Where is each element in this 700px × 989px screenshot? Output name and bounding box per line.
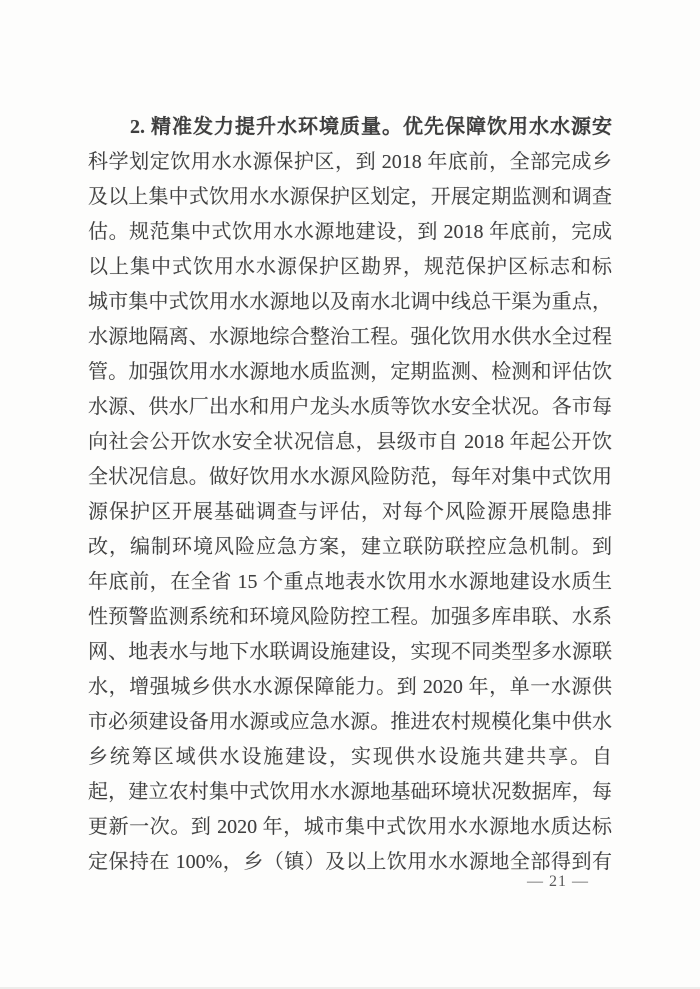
text-line: 改，编制环境风险应急方案，建立联防联控应急机制。到 2018 (88, 530, 612, 565)
text-line: 起，建立农村集中式饮用水水源地基础环境状况数据库，每两年 (88, 775, 612, 810)
text-line: 性预警监测系统和环境风险防控工程。加强多库串联、水系联 (88, 600, 612, 635)
text-line: 水源、供水厂出水和用户龙头水质等饮水安全状况。各市每季度 (88, 390, 612, 425)
paragraph-heading: 2. 精准发力提升水环境质量。优先保障饮用水水源安全。 (88, 110, 612, 145)
text-line: 估。规范集中式饮用水水源地建设，到 2018 年底前，完成县级 (88, 215, 612, 250)
text-line: 以上集中式饮用水水源保护区勘界，规范保护区标志和标识。以 (88, 250, 612, 285)
text-line: 城市集中式饮用水水源地以及南水北调中线总干渠为重点，实施 (88, 285, 612, 320)
text-line: 市必须建设备用水源或应急水源。推进农村规模化集中供水和城 (88, 705, 612, 740)
text-line: 全状况信息。做好饮用水水源风险防范，每年对集中式饮用水水 (88, 460, 612, 495)
text-line: 乡统筹区域供水设施建设，实现供水设施共建共享。自 2017 年 (88, 740, 612, 775)
text-line: 管。加强饮用水水源地水质监测，定期监测、检测和评估饮用水 (88, 355, 612, 390)
document-page: 2. 精准发力提升水环境质量。优先保障饮用水水源安全。 科学划定饮用水水源保护区… (0, 0, 700, 989)
text-line: 水，增强城乡供水水源保障能力。到 2020 年，单一水源供水的 (88, 670, 612, 705)
page-number: — 21 — (516, 871, 600, 893)
text-line: 更新一次。到 2020 年，城市集中式饮用水水源地水质达标率稳 (88, 810, 612, 845)
text-line: 向社会公开饮水安全状况信息，县级市自 2018 年起公开饮水安 (88, 425, 612, 460)
text-line: 年底前，在全省 15 个重点地表水饮用水水源地建设水质生物毒 (88, 565, 612, 600)
text-line: 及以上集中式饮用水水源保护区划定，开展定期监测和调查评 (88, 180, 612, 215)
text-line: 网、地表水与地下水联调设施建设，实现不同类型多水源联网供 (88, 635, 612, 670)
text-line: 水源地隔离、水源地综合整治工程。强化饮用水供水全过程监 (88, 320, 612, 355)
text-line: 科学划定饮用水水源保护区，到 2018 年底前，全部完成乡（镇） (88, 145, 612, 180)
text-line: 源保护区开展基础调查与评估，对每个风险源开展隐患排查、整 (88, 495, 612, 530)
paragraph-block: 2. 精准发力提升水环境质量。优先保障饮用水水源安全。 科学划定饮用水水源保护区… (88, 110, 612, 880)
